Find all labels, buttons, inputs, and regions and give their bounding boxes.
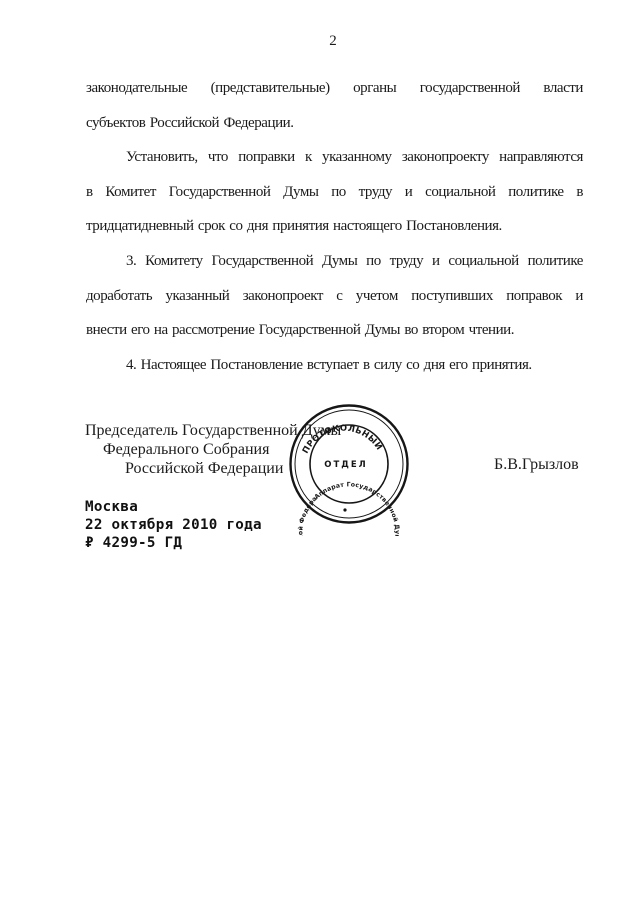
footer-date: 22 октября 2010 года bbox=[85, 516, 262, 534]
footer-number: ₽ 4299-5 ГД bbox=[85, 534, 262, 552]
footer-block: Москва 22 октября 2010 года ₽ 4299-5 ГД bbox=[85, 498, 262, 553]
body-line: в Комитет Государственной Думы по труду … bbox=[86, 175, 583, 210]
stamp-ring-label: Аппарат Государственной Думы Федеральног… bbox=[296, 459, 400, 536]
body-line: внести его на рассмотрение Государственн… bbox=[86, 313, 583, 348]
body-line: Установить, что поправки к указанному за… bbox=[86, 140, 583, 175]
page-number: 2 bbox=[0, 33, 640, 50]
round-stamp: Аппарат Государственной Думы Федеральног… bbox=[277, 392, 421, 536]
stamp-inner-word-label: ОТДЕЛ bbox=[324, 460, 367, 470]
body-line: 3. Комитету Государственной Думы по труд… bbox=[86, 244, 583, 279]
stamp-dot bbox=[343, 508, 346, 511]
signer-name: Б.В.Грызлов bbox=[494, 456, 579, 474]
body-line: тридцатидневный срок со дня принятия нас… bbox=[86, 209, 583, 244]
body-line: доработать указанный законопроект с учет… bbox=[86, 279, 583, 314]
body-line: законодательные (представительные) орган… bbox=[86, 71, 583, 106]
document-page: { "page": { "number": "2" }, "body": { "… bbox=[0, 0, 640, 905]
body-line: субъектов Российской Федерации. bbox=[86, 106, 583, 141]
footer-city: Москва bbox=[85, 498, 262, 516]
body-line: 4. Настоящее Постановление вступает в си… bbox=[86, 348, 583, 383]
stamp-icon: Аппарат Государственной Думы Федеральног… bbox=[277, 392, 421, 536]
document-body: законодательные (представительные) орган… bbox=[86, 71, 583, 382]
stamp-ring-textpath: Аппарат Государственной Думы Федеральног… bbox=[296, 459, 400, 536]
